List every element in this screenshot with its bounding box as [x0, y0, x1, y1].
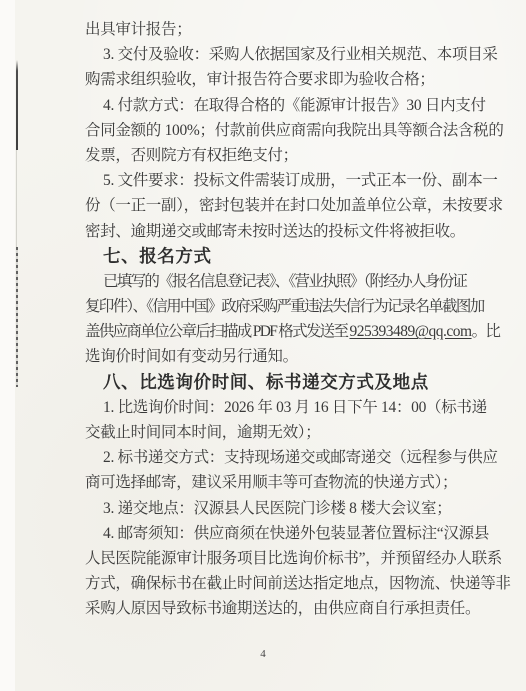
- text-line: 密封、逾期递交或邮寄未按时送达的投标文件将被拒收。: [85, 219, 500, 244]
- text-line: 选询价时间如有变动另行通知。: [85, 344, 500, 369]
- text-line: 份（一正一副），密封包装并在封口处加盖单位公章，未按要求: [85, 193, 500, 218]
- section-heading-8-bid-submission: 八、比选询价时间、标书递交方式及地点: [85, 370, 500, 395]
- section-heading-7-registration: 七、报名方式: [85, 244, 500, 269]
- scanned-document-page: 出具审计报告； 3. 交付及验收：采购人依据国家及行业相关规范、本项目采 购需求…: [0, 0, 526, 691]
- text-line: 采购人原因导致标书逾期送达的，由供应商自行承担责任。: [85, 596, 500, 621]
- email-line-pre: 盖供应商单位公章后扫描成 PDF 格式发送至: [85, 323, 349, 340]
- text-line: 方式，确保标书在截止时间前送达指定地点，因物流、快递等非: [85, 571, 500, 596]
- text-line: 出具审计报告；: [85, 17, 500, 42]
- text-line: 已填写的《报名信息登记表》、《营业执照》（附经办人身份证: [85, 269, 500, 294]
- scan-fold-line-dashed: [16, 247, 18, 387]
- text-line: 人民医院能源审计服务项目比选询价标书”，并预留经办人联系: [85, 546, 500, 571]
- text-line-item-3-delivery-place: 3. 递交地点：汉源县人民医院门诊楼 8 楼大会议室；: [85, 496, 500, 521]
- document-body: 出具审计报告； 3. 交付及验收：采购人依据国家及行业相关规范、本项目采 购需求…: [85, 17, 500, 622]
- scan-fold-line-solid: [16, 60, 18, 150]
- text-line-item-3-delivery: 3. 交付及验收：采购人依据国家及行业相关规范、本项目采: [85, 42, 500, 67]
- text-line-item-1-inquiry-time: 1. 比选询价时间：2026 年 03 月 16 日下午 14：00（标书递: [85, 395, 500, 420]
- page-left-edge: [0, 0, 15, 691]
- text-line: 复印件）、《信用中国》政府采购严重违法失信行为记录名单截图加: [85, 294, 500, 319]
- text-line-item-4-payment: 4. 付款方式：在取得合格的《能源审计报告》30 日内支付: [85, 93, 500, 118]
- text-line-item-4-mailing-notes: 4. 邮寄须知：供应商须在快递外包装显著位置标注“汉源县: [85, 521, 500, 546]
- scan-fold-line-faint: [16, 150, 17, 247]
- text-line: 商可选择邮寄，建议采用顺丰等可查物流的快递方式）；: [85, 470, 500, 495]
- text-line: 合同金额的 100%；付款前供应商需向我院出具等额合法含税的: [85, 118, 500, 143]
- email-line-post: 。比: [472, 323, 500, 340]
- text-line: 交截止时间同本时间，逾期无效）；: [85, 420, 500, 445]
- text-line: 发票，否则院方有权拒绝支付；: [85, 143, 500, 168]
- text-line-item-5-documents: 5. 文件要求：投标文件需装订成册，一式正本一份、副本一: [85, 168, 500, 193]
- text-line-email: 盖供应商单位公章后扫描成 PDF 格式发送至 925393489@qq.com。…: [85, 319, 500, 344]
- text-line: 购需求组织验收，审计报告符合要求即为验收合格；: [85, 67, 500, 92]
- text-line-item-2-delivery-method: 2. 标书递交方式：支持现场递交或邮寄递交（远程参与供应: [85, 445, 500, 470]
- email-address: 925393489@qq.com: [349, 323, 471, 340]
- page-number: 4: [0, 648, 526, 660]
